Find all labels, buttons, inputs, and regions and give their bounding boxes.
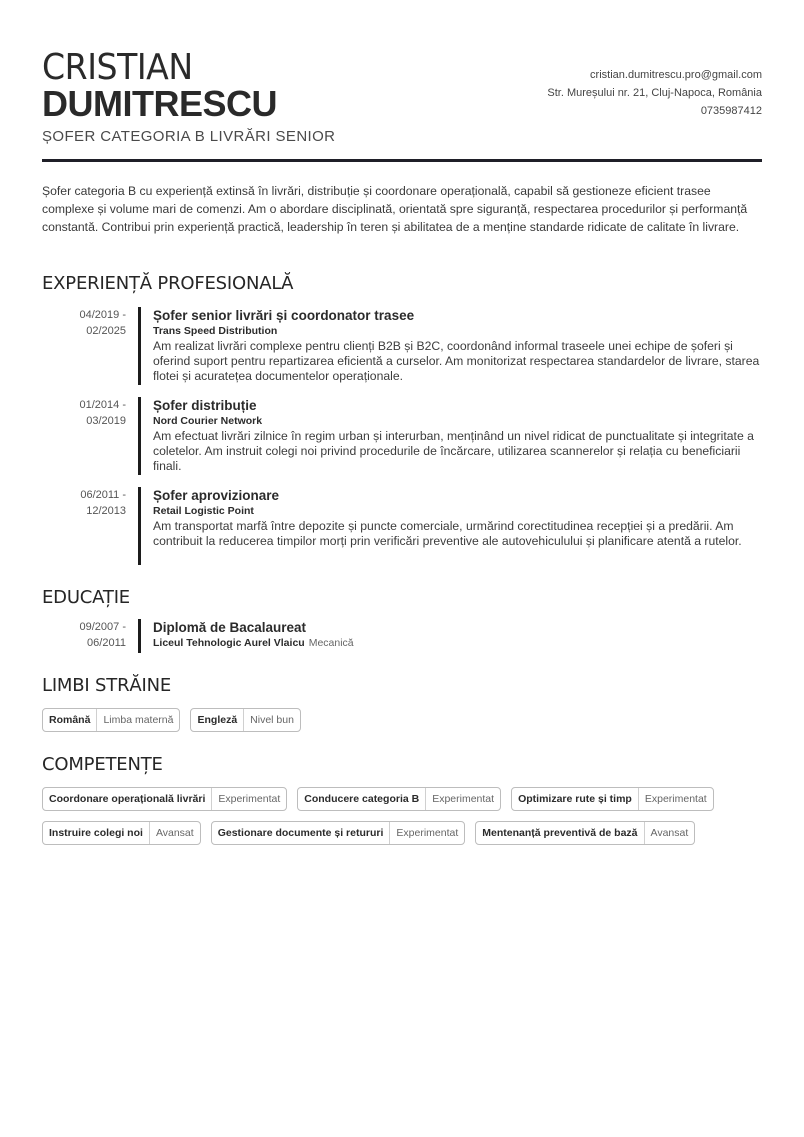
language-name: Engleză (191, 709, 244, 731)
skill-level: Avansat (150, 822, 200, 844)
education-degree: Diplomă de Bacalaureat (153, 619, 762, 636)
languages-list: Română Limba maternă Engleză Nivel bun (42, 708, 301, 732)
skills-row-2: Instruire colegi noi Avansat Gestionare … (42, 821, 695, 845)
skill-level: Avansat (645, 822, 695, 844)
experience-role: Șofer distribuție (153, 397, 762, 414)
skill-name: Optimizare rute și timp (512, 788, 639, 810)
contact-phone[interactable]: 0735987412 (547, 102, 762, 120)
experience-company: Nord Courier Network (153, 414, 762, 429)
skill-name: Coordonare operațională livrări (43, 788, 212, 810)
contact-address: Str. Mureșului nr. 21, Cluj-Napoca, Româ… (547, 84, 762, 102)
skills-row-1: Coordonare operațională livrări Experime… (42, 787, 714, 811)
language-level: Nivel bun (244, 709, 300, 731)
experience-dates: 06/2011 - 12/2013 (42, 487, 126, 519)
contact-email[interactable]: cristian.dumitrescu.pro@gmail.com (547, 66, 762, 84)
skill-tag: Optimizare rute și timp Experimentat (511, 787, 714, 811)
section-title-experience: EXPERIENȚĂ PROFESIONALĂ (42, 273, 293, 295)
language-level: Limba maternă (97, 709, 179, 731)
skill-level: Experimentat (639, 788, 713, 810)
section-title-languages: LIMBI STRĂINE (42, 675, 171, 697)
date-end: 02/2025 (42, 323, 126, 339)
contact-info: cristian.dumitrescu.pro@gmail.com Str. M… (547, 66, 762, 120)
education-school: Liceul Tehnologic Aurel Vlaicu (153, 637, 305, 649)
job-title: ȘOFER CATEGORIA B LIVRĂRI SENIOR (42, 128, 335, 146)
experience-entry: 06/2011 - 12/2013 Șofer aprovizionare Re… (42, 487, 762, 565)
experience-role: Șofer senior livrări și coordonator tras… (153, 307, 762, 324)
experience-body: Șofer distribuție Nord Courier Network A… (153, 397, 762, 474)
education-school-line: Liceul Tehnologic Aurel VlaicuMecanică (153, 636, 762, 651)
skill-name: Mentenanță preventivă de bază (476, 822, 644, 844)
skill-tag: Gestionare documente și retururi Experim… (211, 821, 466, 845)
date-start: 01/2014 - (42, 397, 126, 413)
date-end: 03/2019 (42, 413, 126, 429)
experience-body: Șofer aprovizionare Retail Logistic Poin… (153, 487, 762, 549)
education-entry: 09/2007 - 06/2011 Diplomă de Bacalaureat… (42, 619, 762, 653)
resume-page: CRISTIAN DUMITRESCU ȘOFER CATEGORIA B LI… (42, 0, 762, 164)
skill-level: Experimentat (212, 788, 286, 810)
first-name: CRISTIAN (42, 48, 193, 88)
skill-name: Instruire colegi noi (43, 822, 150, 844)
timeline-bar (138, 397, 141, 475)
experience-description: Am efectuat livrări zilnice în regim urb… (153, 429, 762, 474)
experience-description: Am transportat marfă între depozite și p… (153, 519, 762, 549)
resume-header: CRISTIAN DUMITRESCU ȘOFER CATEGORIA B LI… (42, 0, 762, 164)
skill-name: Conducere categoria B (298, 788, 426, 810)
experience-description: Am realizat livrări complexe pentru clie… (153, 339, 762, 384)
section-title-skills: COMPETENȚE (42, 754, 163, 776)
timeline-bar (138, 487, 141, 565)
skill-level: Experimentat (390, 822, 464, 844)
experience-company: Trans Speed Distribution (153, 324, 762, 339)
last-name: DUMITRESCU (42, 84, 277, 124)
skill-tag: Mentenanță preventivă de bază Avansat (475, 821, 695, 845)
education-body: Diplomă de Bacalaureat Liceul Tehnologic… (153, 619, 762, 651)
date-start: 06/2011 - (42, 487, 126, 503)
experience-entry: 01/2014 - 03/2019 Șofer distribuție Nord… (42, 397, 762, 475)
experience-entry: 04/2019 - 02/2025 Șofer senior livrări ș… (42, 307, 762, 385)
skill-tag: Coordonare operațională livrări Experime… (42, 787, 287, 811)
date-end: 06/2011 (42, 635, 126, 651)
language-tag: Engleză Nivel bun (190, 708, 300, 732)
experience-body: Șofer senior livrări și coordonator tras… (153, 307, 762, 384)
skill-level: Experimentat (426, 788, 500, 810)
timeline-bar (138, 307, 141, 385)
experience-role: Șofer aprovizionare (153, 487, 762, 504)
experience-dates: 01/2014 - 03/2019 (42, 397, 126, 429)
profile-summary: Șofer categoria B cu experiență extinsă … (42, 182, 762, 236)
section-title-education: EDUCAȚIE (42, 587, 130, 609)
skill-tag: Conducere categoria B Experimentat (297, 787, 501, 811)
experience-company: Retail Logistic Point (153, 504, 762, 519)
skill-tag: Instruire colegi noi Avansat (42, 821, 201, 845)
education-field: Mecanică (309, 637, 354, 649)
date-end: 12/2013 (42, 503, 126, 519)
date-start: 09/2007 - (42, 619, 126, 635)
timeline-bar (138, 619, 141, 653)
header-divider (42, 159, 762, 162)
skill-name: Gestionare documente și retururi (212, 822, 391, 844)
date-start: 04/2019 - (42, 307, 126, 323)
experience-dates: 04/2019 - 02/2025 (42, 307, 126, 339)
language-tag: Română Limba maternă (42, 708, 180, 732)
language-name: Română (43, 709, 97, 731)
education-dates: 09/2007 - 06/2011 (42, 619, 126, 651)
